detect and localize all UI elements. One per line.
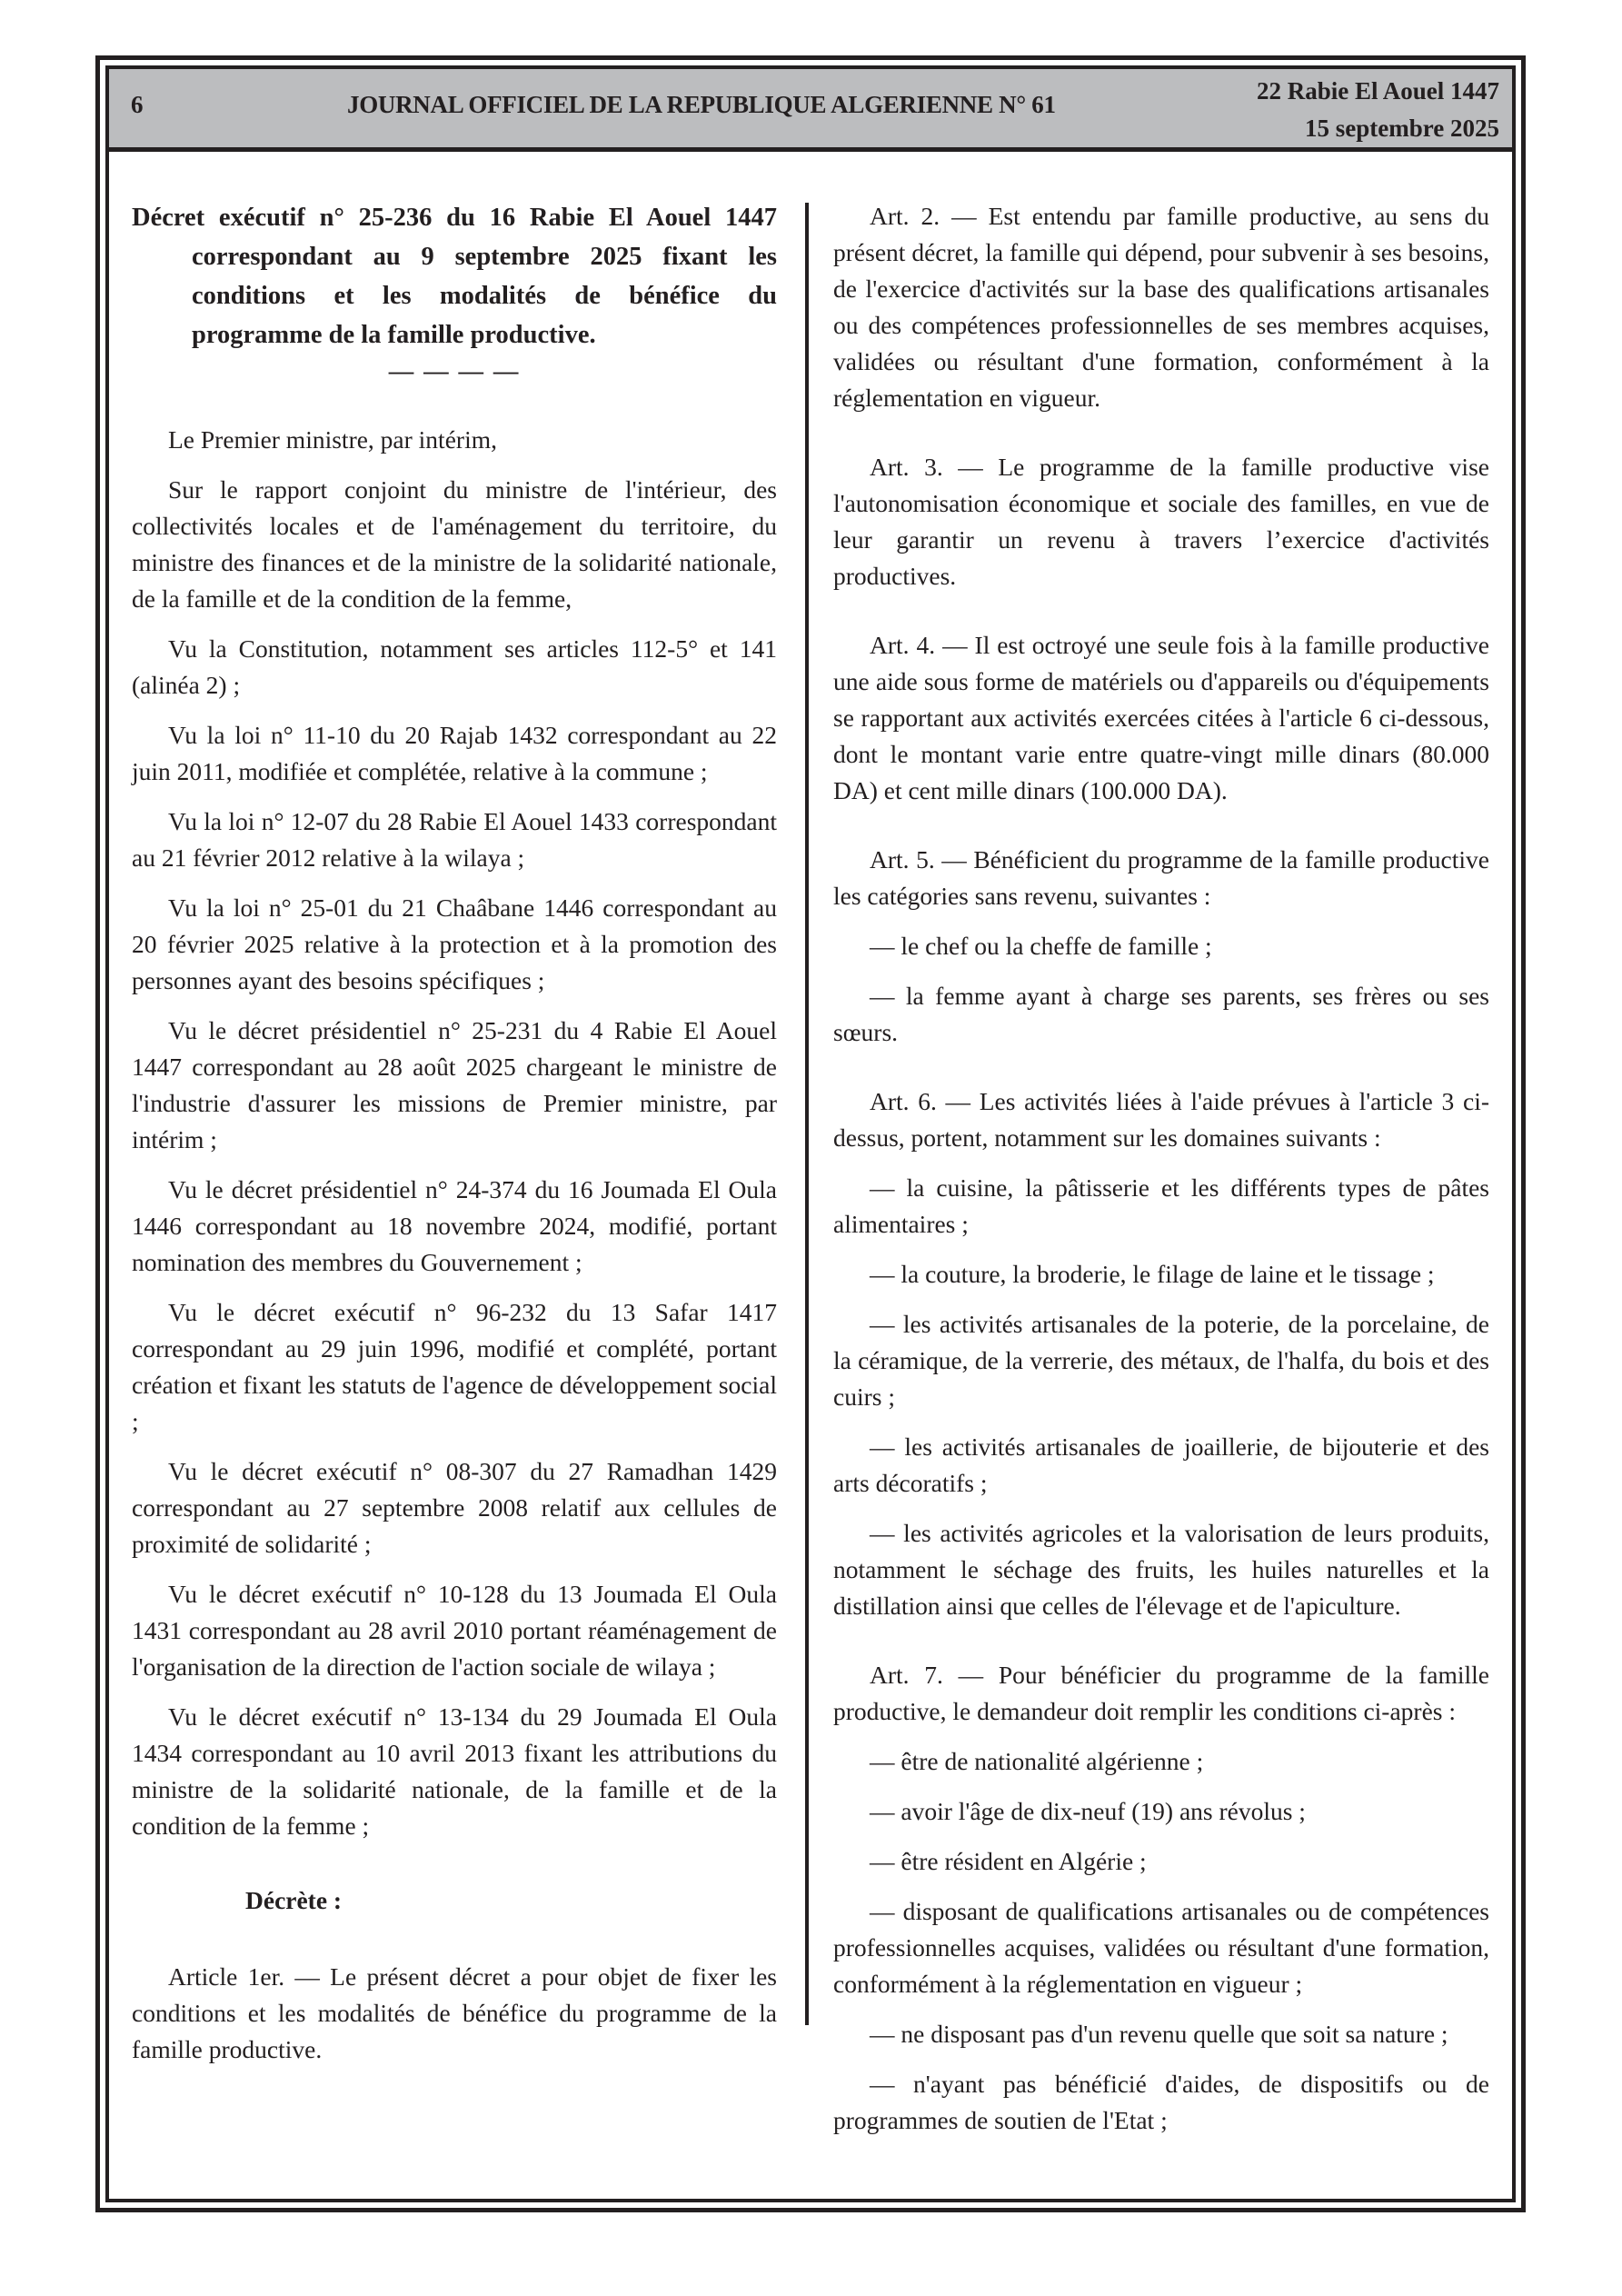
issue-date: 22 Rabie El Aouel 1447 15 septembre 2025 [1257, 73, 1499, 147]
article-5-intro: Art. 5. — Bénéficient du programme de la… [833, 842, 1489, 914]
article-6-item: — la cuisine, la pâtisserie et les diffé… [833, 1170, 1489, 1243]
right-column: Art. 2. — Est entendu par famille produc… [833, 198, 1489, 2152]
visa-paragraph: Vu le décret présidentiel n° 24-374 du 1… [132, 1172, 777, 1281]
visa-paragraph: Vu la loi n° 12-07 du 28 Rabie El Aouel … [132, 804, 777, 876]
preamble-paragraph: Sur le rapport conjoint du ministre de l… [132, 472, 777, 617]
preamble-paragraph: Le Premier ministre, par intérim, [132, 422, 777, 458]
article-2: Art. 2. — Est entendu par famille produc… [833, 198, 1489, 416]
article-7-item: — être de nationalité algérienne ; [833, 1743, 1489, 1780]
visa-paragraph: Vu la loi n° 11-10 du 20 Rajab 1432 corr… [132, 717, 777, 790]
article-7-item: — ne disposant pas d'un revenu quelle qu… [833, 2016, 1489, 2052]
visa-paragraph: Vu le décret exécutif n° 13-134 du 29 Jo… [132, 1699, 777, 1844]
title-separator-dashes: — — — — [132, 353, 777, 389]
article-7-item: — avoir l'âge de dix-neuf (19) ans révol… [833, 1793, 1489, 1830]
left-column: Décret exécutif n° 25-236 du 16 Rabie El… [132, 198, 777, 2081]
journal-header: 6 JOURNAL OFFICIEL DE LA REPUBLIQUE ALGE… [109, 69, 1512, 152]
article-6-intro: Art. 6. — Les activités liées à l'aide p… [833, 1083, 1489, 1156]
visa-paragraph: Vu le décret exécutif n° 96-232 du 13 Sa… [132, 1294, 777, 1440]
column-separator [805, 203, 809, 2025]
journal-title: JOURNAL OFFICIEL DE LA REPUBLIQUE ALGERI… [347, 91, 1056, 119]
article-6-item: — les activités agricoles et la valorisa… [833, 1515, 1489, 1624]
visa-paragraph: Vu la loi n° 25-01 du 21 Chaâbane 1446 c… [132, 890, 777, 999]
visa-paragraph: Vu la Constitution, notamment ses articl… [132, 631, 777, 704]
article-6-item: — la couture, la broderie, le filage de … [833, 1256, 1489, 1293]
article-7-item: — disposant de qualifications artisanale… [833, 1893, 1489, 2002]
date-gregorian: 15 septembre 2025 [1257, 110, 1499, 147]
article-1: Article 1er. — Le présent décret a pour … [132, 1959, 777, 2068]
article-7-item: — être résident en Algérie ; [833, 1843, 1489, 1880]
date-hijri: 22 Rabie El Aouel 1447 [1257, 73, 1499, 110]
visa-paragraph: Vu le décret exécutif n° 10-128 du 13 Jo… [132, 1576, 777, 1685]
article-7-intro: Art. 7. — Pour bénéficier du programme d… [833, 1657, 1489, 1730]
article-6-item: — les activités artisanales de joailleri… [833, 1429, 1489, 1502]
visa-paragraph: Vu le décret présidentiel n° 25-231 du 4… [132, 1013, 777, 1158]
page-number: 6 [131, 91, 144, 119]
article-5-item: — la femme ayant à charge ses parents, s… [833, 978, 1489, 1051]
article-4: Art. 4. — Il est octroyé une seule fois … [833, 627, 1489, 809]
decrete-heading: Décrète : [132, 1882, 777, 1919]
decree-title: Décret exécutif n° 25-236 du 16 Rabie El… [132, 198, 777, 354]
article-5-item: — le chef ou la cheffe de famille ; [833, 928, 1489, 964]
article-7-item: — n'ayant pas bénéficié d'aides, de disp… [833, 2066, 1489, 2139]
article-3: Art. 3. — Le programme de la famille pro… [833, 449, 1489, 594]
visa-paragraph: Vu le décret exécutif n° 08-307 du 27 Ra… [132, 1453, 777, 1562]
article-6-item: — les activités artisanales de la poteri… [833, 1306, 1489, 1415]
